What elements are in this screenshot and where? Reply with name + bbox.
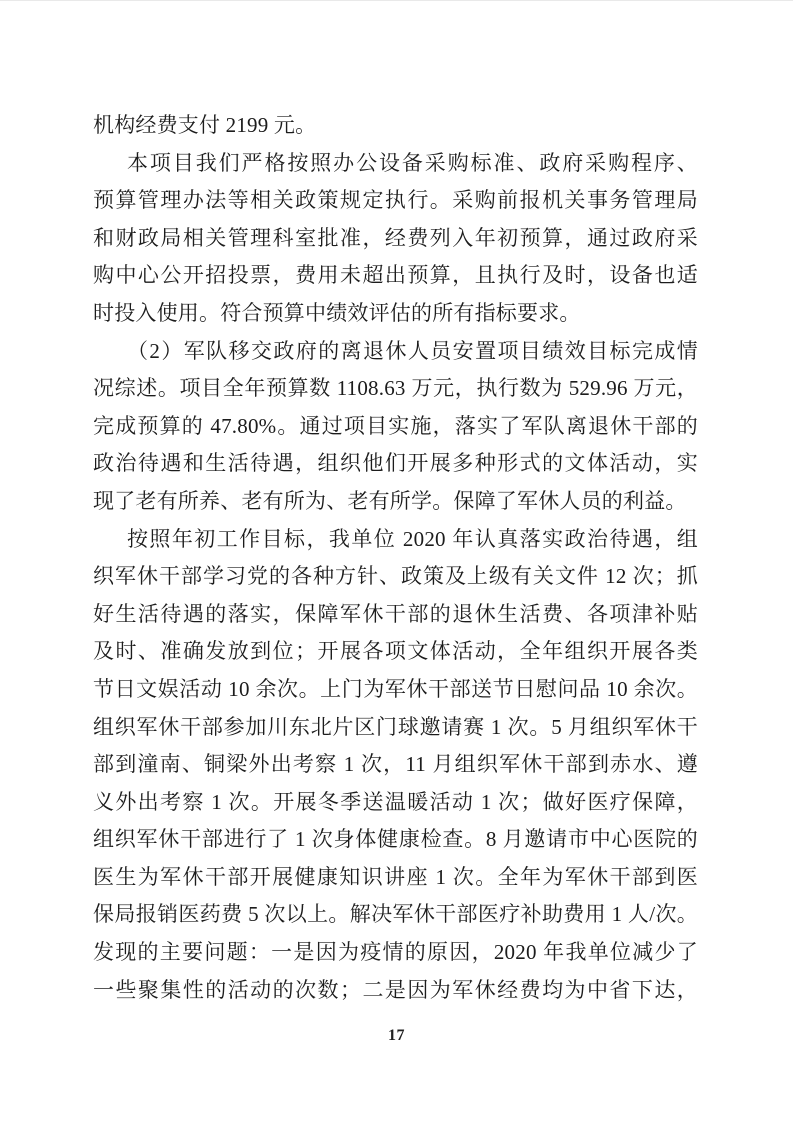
text-line: 及时、准确发放到位；开展各项文体活动，全年组织开展各类 xyxy=(93,633,698,671)
text-line: 预算管理办法等相关政策规定执行。采购前报机关事务管理局 xyxy=(93,182,698,220)
text-line: 保局报销医药费 5 次以上。解决军休干部医疗补助费用 1 人/次。 xyxy=(93,896,698,934)
text-line: 医生为军休干部开展健康知识讲座 1 次。全年为军休干部到医 xyxy=(93,859,698,897)
text-line: 和财政局相关管理科室批准，经费列入年初预算，通过政府采 xyxy=(93,220,698,258)
text-line: 义外出考察 1 次。开展冬季送温暖活动 1 次；做好医疗保障， xyxy=(93,784,698,822)
text-line: 购中心公开招投票，费用未超出预算，且执行及时，设备也适 xyxy=(93,257,698,295)
text-line: 时投入使用。符合预算中绩效评估的所有指标要求。 xyxy=(93,295,698,333)
text-line: 节日文娱活动 10 余次。上门为军休干部送节日慰问品 10 余次。 xyxy=(93,671,698,709)
text-line: 况综述。项目全年预算数 1108.63 万元，执行数为 529.96 万元， xyxy=(93,370,698,408)
text-line: （2）军队移交政府的离退休人员安置项目绩效目标完成情 xyxy=(93,333,698,371)
text-line: 完成预算的 47.80%。通过项目实施，落实了军队离退休干部的 xyxy=(93,408,698,446)
text-line: 现了老有所养、老有所为、老有所学。保障了军休人员的利益。 xyxy=(93,483,698,521)
page-number: 17 xyxy=(0,1027,793,1045)
text-line: 部到潼南、铜梁外出考察 1 次，11 月组织军休干部到赤水、遵 xyxy=(93,746,698,784)
document-page: 机构经费支付 2199 元。本项目我们严格按照办公设备采购标准、政府采购程序、预… xyxy=(0,0,793,1122)
text-line: 好生活待遇的落实，保障军休干部的退休生活费、各项津补贴 xyxy=(93,596,698,634)
text-line: 组织军休干部参加川东北片区门球邀请赛 1 次。5 月组织军休干 xyxy=(93,709,698,747)
text-line: 织军休干部学习党的各种方针、政策及上级有关文件 12 次；抓 xyxy=(93,558,698,596)
text-line: 政治待遇和生活待遇，组织他们开展多种形式的文体活动，实 xyxy=(93,445,698,483)
text-line: 组织军休干部进行了 1 次身体健康检查。8 月邀请市中心医院的 xyxy=(93,821,698,859)
text-line: 按照年初工作目标，我单位 2020 年认真落实政治待遇，组 xyxy=(93,521,698,559)
text-line: 本项目我们严格按照办公设备采购标准、政府采购程序、 xyxy=(93,145,698,183)
document-body: 机构经费支付 2199 元。本项目我们严格按照办公设备采购标准、政府采购程序、预… xyxy=(93,107,698,1009)
text-line: 发现的主要问题：一是因为疫情的原因，2020 年我单位减少了 xyxy=(93,934,698,972)
text-line: 机构经费支付 2199 元。 xyxy=(93,107,698,145)
text-line: 一些聚集性的活动的次数；二是因为军休经费均为中省下达， xyxy=(93,972,698,1010)
